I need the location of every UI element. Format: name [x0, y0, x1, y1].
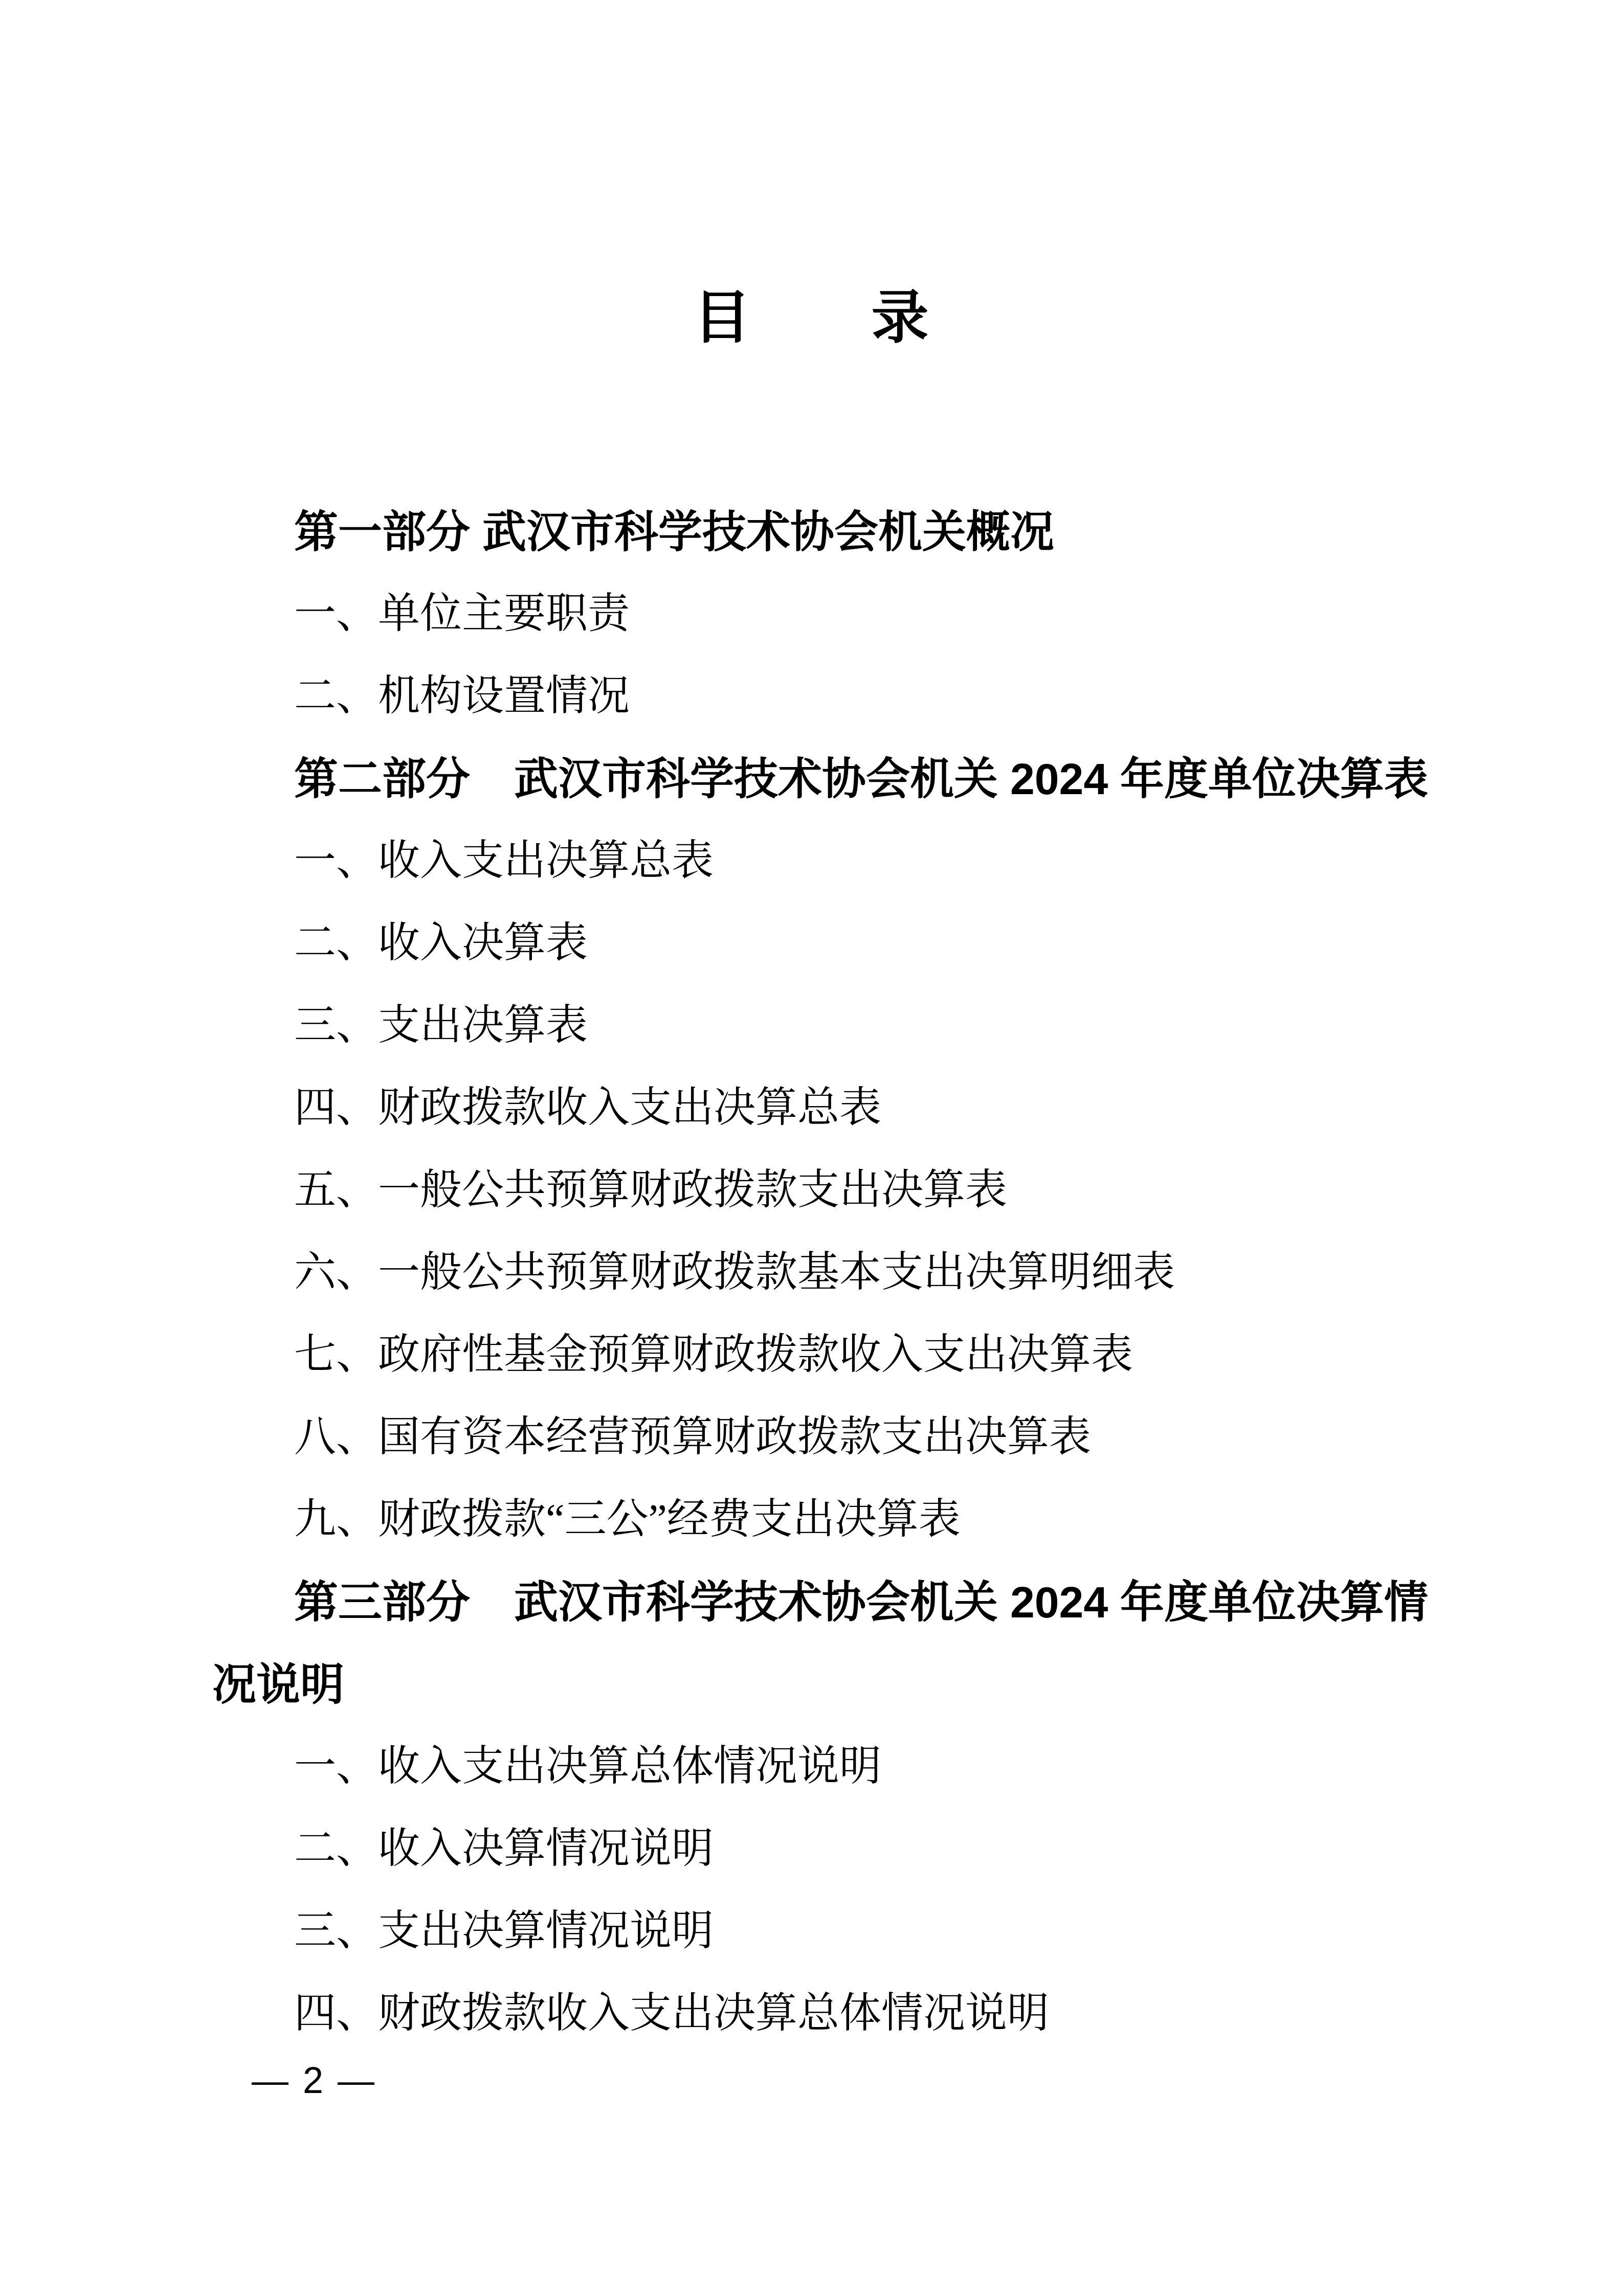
- toc-item: 五、一般公共预算财政拨款支出决算表: [212, 1164, 1496, 1217]
- document-page: 目 录 第一部分 武汉市科学技术协会机关概况 一、单位主要职责 二、机构设置情况…: [0, 0, 1624, 2296]
- toc-item: 一、收入支出决算总表: [212, 835, 1496, 887]
- section-3-heading-line-2: 况说明: [212, 1658, 1414, 1713]
- toc-item: 三、支出决算情况说明: [212, 1905, 1496, 1957]
- page-title: 目 录: [212, 284, 1412, 353]
- toc-item: 九、财政拨款“三公”经费支出决算表: [212, 1493, 1496, 1546]
- toc-item: 四、财政拨款收入支出决算总体情况说明: [212, 1987, 1496, 2040]
- section-1-heading: 第一部分 武汉市科学技术协会机关概况: [212, 505, 1496, 560]
- page-number: — 2 —: [252, 2060, 376, 2102]
- toc-item: 二、机构设置情况: [212, 670, 1496, 723]
- toc-item: 二、收入决算情况说明: [212, 1822, 1496, 1875]
- toc-item: 一、单位主要职责: [212, 588, 1496, 640]
- toc-item: 八、国有资本经营预算财政拨款支出决算表: [212, 1411, 1496, 1464]
- toc-item: 六、一般公共预算财政拨款基本支出决算明细表: [212, 1246, 1496, 1299]
- section-2-heading: 第二部分 武汉市科学技术协会机关 2024 年度单位决算表: [212, 752, 1496, 807]
- toc-item: 一、收入支出决算总体情况说明: [212, 1740, 1496, 1793]
- toc-item: 四、财政拨款收入支出决算总表: [212, 1082, 1496, 1134]
- section-3-heading-line-1: 第三部分 武汉市科学技术协会机关 2024 年度单位决算情: [212, 1575, 1496, 1631]
- toc-item: 三、支出决算表: [212, 999, 1496, 1052]
- toc-item: 七、政府性基金预算财政拨款收入支出决算表: [212, 1329, 1496, 1381]
- toc-item: 二、收入决算表: [212, 917, 1496, 970]
